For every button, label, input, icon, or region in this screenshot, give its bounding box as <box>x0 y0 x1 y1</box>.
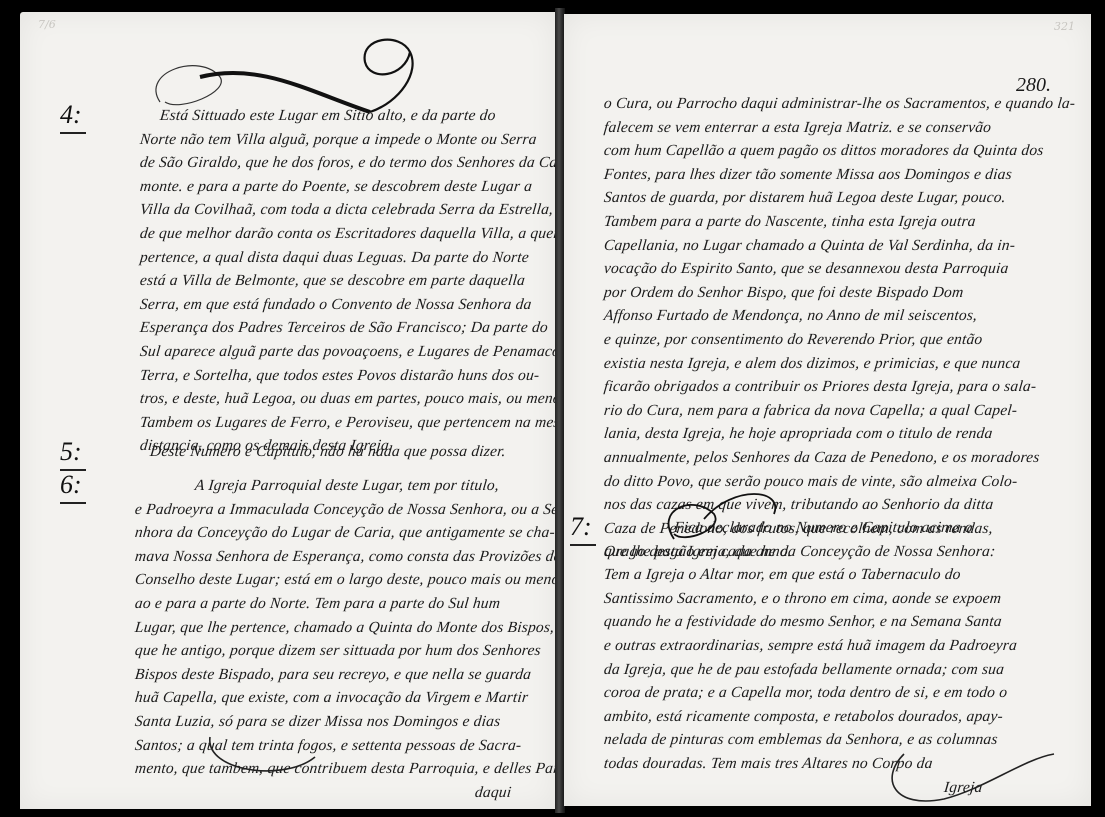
text-line: o Cura, ou Parrocho daqui administrar-lh… <box>603 92 1077 116</box>
text-line: Sul aparece alguã parte das povoaçoens, … <box>139 340 555 364</box>
catchword: Igreja <box>603 776 1018 800</box>
text-line: Está Sittuado este Lugar em Sitio alto, … <box>139 104 555 128</box>
text-line: falecem se vem enterrar a esta Igreja Ma… <box>603 116 1077 140</box>
paragraph-number-5: 5: <box>60 437 82 467</box>
text-line: Villa da Covilhaã, com toda a dicta cele… <box>139 198 555 222</box>
text-line: Conselho deste Lugar; está em o largo de… <box>134 568 555 592</box>
left-corner-mark: 7/6 <box>38 18 56 31</box>
text-line: Lugar, que lhe pertence, chamado a Quint… <box>134 616 555 640</box>
text-line: existia nesta Igreja, e alem dos dizimos… <box>603 352 1077 376</box>
text-line: de São Giraldo, que he dos foros, e do t… <box>139 151 555 175</box>
text-line: ao e para a parte do Norte. Tem para a p… <box>134 592 555 616</box>
text-line: de que melhor darão conta os Escritadore… <box>139 222 555 246</box>
text-line: rio do Cura, nem para a fabrica da nova … <box>603 399 1077 423</box>
text-line: está a Villa de Belmonte, que se descobr… <box>139 269 555 293</box>
text-line: Affonso Furtado de Mendonça, no Anno de … <box>603 304 1077 328</box>
text-line: tros, e deste, huã Legoa, ou duas em par… <box>139 387 555 411</box>
text-line: todas douradas. Tem mais tres Altares no… <box>603 752 1018 776</box>
text-line: quando he a festividade do mesmo Senhor,… <box>603 610 1018 634</box>
paragraph-7-text: Fica declarado no Numero e Capitulo acim… <box>604 516 1017 799</box>
paragraph-4-text: Está Sittuado este Lugar em Sitio alto, … <box>140 104 555 458</box>
text-line: e outras extraordinarias, sempre está hu… <box>603 634 1018 658</box>
text-line: Orago desta Igreja, que he da Conceyção … <box>603 540 1018 564</box>
text-line: Santos; a qual tem trinta fogos, e sette… <box>134 734 555 758</box>
text-line: Norte não tem Villa alguã, porque a impe… <box>139 128 555 152</box>
text-line: Esperança dos Padres Terceiros de São Fr… <box>139 316 555 340</box>
text-line: com hum Capellão a quem pagão os dittos … <box>603 139 1077 163</box>
paragraph-6-text: A Igreja Parroquial deste Lugar, tem por… <box>135 474 555 804</box>
text-line: Deste Numero e Capitulo, não há nada que… <box>149 440 507 464</box>
text-line: Tambem os Lugares de Ferro, e Peroviseu,… <box>139 411 555 435</box>
text-line: por Ordem do Senhor Bispo, que foi deste… <box>603 281 1077 305</box>
text-line: A Igreja Parroquial deste Lugar, tem por… <box>134 474 555 498</box>
left-page: 7/6 4: Está Sittuado este Lugar em Sitio… <box>20 12 555 809</box>
text-line: da Igreja, que he de pau estofada bellam… <box>603 658 1018 682</box>
text-line: Fontes, para lhes dizer tão somente Miss… <box>603 163 1077 187</box>
text-line: ficarão obrigados a contribuir os Priore… <box>603 375 1077 399</box>
text-line: nelada de pinturas com emblemas da Senho… <box>603 728 1018 752</box>
text-line: huã Capella, que existe, com a invocação… <box>134 686 555 710</box>
manuscript-spread: 7/6 4: Está Sittuado este Lugar em Sitio… <box>0 0 1105 817</box>
text-line: nos das cazas em que vivem, tributando a… <box>603 493 1077 517</box>
text-line: Bispos deste Bispado, para seu recreyo, … <box>134 663 555 687</box>
paragraph-number-4: 4: <box>60 100 82 130</box>
text-line: mava Nossa Senhora de Esperança, como co… <box>134 545 555 569</box>
text-line: pertence, a qual dista daqui duas Leguas… <box>139 246 555 270</box>
text-line: Tambem para a parte do Nascente, tinha e… <box>603 210 1077 234</box>
text-line: e Padroeyra a Immaculada Conceyção de No… <box>134 498 555 522</box>
text-line: Tem a Igreja o Altar mor, em que está o … <box>603 563 1018 587</box>
right-page: 321 280. o Cura, ou Parrocho daqui admin… <box>564 14 1091 806</box>
paragraph-6-continued-text: o Cura, ou Parrocho daqui administrar-lh… <box>604 92 1075 564</box>
text-line: vocação do Espirito Santo, que se desann… <box>603 257 1077 281</box>
text-line: coroa de prata; e a Capella mor, toda de… <box>603 681 1018 705</box>
text-line: nhora da Conceyção do Lugar de Caria, qu… <box>134 521 555 545</box>
paragraph-5-text: Deste Numero e Capitulo, não há nada que… <box>150 440 506 464</box>
text-line: mento, que tambem, que contribuem desta … <box>134 757 555 781</box>
paragraph-number-6: 6: <box>60 470 82 500</box>
text-line: ambito, está ricamente composta, e retab… <box>603 705 1018 729</box>
text-line: lania, desta Igreja, he hoje apropriada … <box>603 422 1077 446</box>
text-line: Fica declarado no Numero e Capitulo acim… <box>603 516 1018 540</box>
text-line: Santissimo Sacramento, e o throno em cim… <box>603 587 1018 611</box>
text-line: do ditto Povo, que serão pouco mais de v… <box>603 470 1077 494</box>
right-corner-mark: 321 <box>1054 20 1075 33</box>
text-line: annualmente, pelos Senhores da Caza de P… <box>603 446 1077 470</box>
text-line: que he antigo, porque dizem ser sittuada… <box>134 639 555 663</box>
text-line: Terra, e Sortelha, que todos estes Povos… <box>139 364 555 388</box>
text-line: Capellania, no Lugar chamado a Quinta de… <box>603 234 1077 258</box>
paragraph-number-7: 7: <box>570 512 592 542</box>
text-line: Santa Luzia, só para se dizer Missa nos … <box>134 710 555 734</box>
text-line: monte. e para a parte do Poente, se desc… <box>139 175 555 199</box>
text-line: Santos de guarda, por distarem huã Legoa… <box>603 186 1077 210</box>
catchword: daqui <box>134 781 555 805</box>
text-line: e quinze, por consentimento do Reverendo… <box>603 328 1077 352</box>
text-line: Serra, em que está fundado o Convento de… <box>139 293 555 317</box>
